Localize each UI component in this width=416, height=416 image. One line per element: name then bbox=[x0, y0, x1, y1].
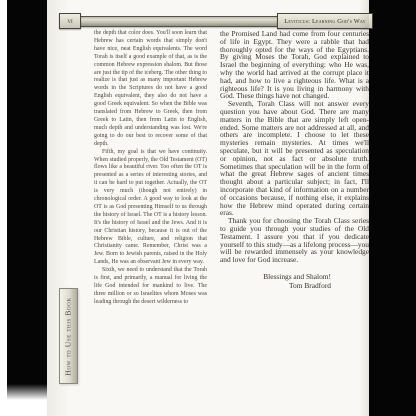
paragraph-continuation: the depth that color does. You'll soon l… bbox=[94, 30, 207, 149]
page-number-box: vi bbox=[59, 13, 81, 29]
book-page: vi Leviticus: Learning God's Way the dep… bbox=[47, 0, 369, 416]
page-number: vi bbox=[67, 17, 72, 25]
paragraph-sixth: Sixth, we need to understand that the To… bbox=[94, 267, 207, 307]
paragraph-continuation: the Promised Land had come from four cen… bbox=[220, 30, 369, 100]
paragraph-thanks: Thank you for choosing the Torah Class s… bbox=[220, 217, 369, 264]
sidebar-tab-how-to-use-this-book: How to Use this Book bbox=[59, 288, 78, 384]
running-title-box: Leviticus: Learning God's Way bbox=[277, 13, 373, 29]
signature-name: Tom Bradford bbox=[220, 282, 331, 291]
paragraph-seventh: Seventh, Torah Class will not answer eve… bbox=[220, 100, 369, 217]
scanned-book-page: vi Leviticus: Learning God's Way the dep… bbox=[0, 0, 416, 416]
sidebar-tab-label: How to Use this Book bbox=[64, 297, 73, 375]
scan-gutter-left bbox=[7, 0, 47, 400]
right-column: the Promised Land had come from four cen… bbox=[220, 30, 369, 307]
signature-block: Blessings and Shalom! Tom Bradford bbox=[220, 273, 369, 291]
running-title: Leviticus: Learning God's Way bbox=[284, 18, 366, 25]
left-column: the depth that color does. You'll soon l… bbox=[94, 30, 207, 307]
text-columns: the depth that color does. You'll soon l… bbox=[94, 30, 369, 307]
scan-edge-right bbox=[369, 0, 416, 416]
paragraph-fifth: Fifth, my goal is that we have continuit… bbox=[94, 149, 207, 268]
